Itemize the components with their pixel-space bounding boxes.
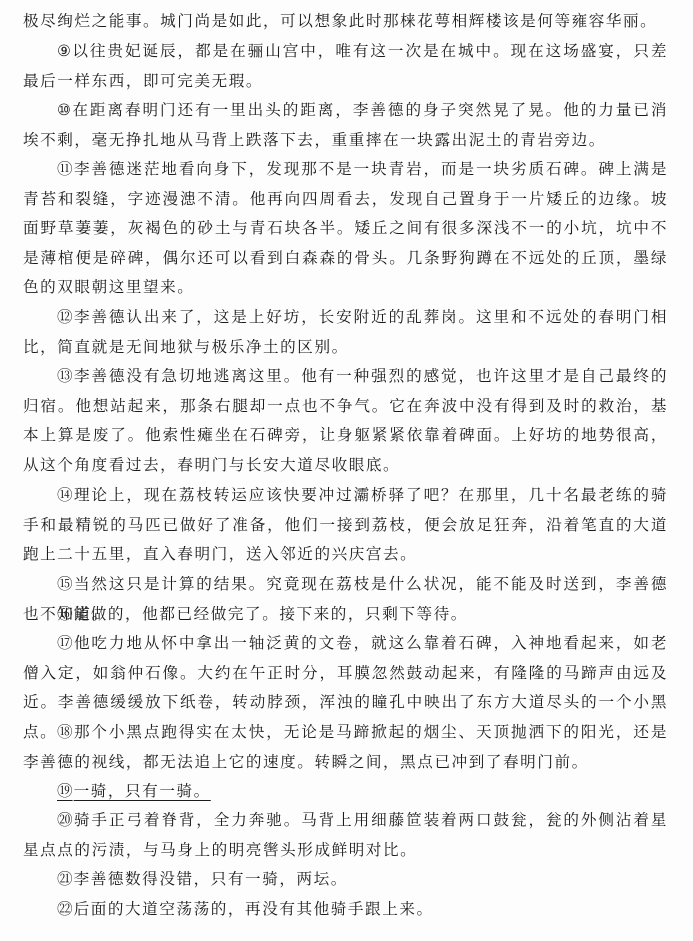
paragraph-number: ⑩: [57, 101, 71, 119]
paragraph-body: ⑨以往贵妃诞辰，都是在骊山宫中，唯有这一次是在城中。现在这场盛宴，只差最后一样东…: [23, 42, 668, 90]
paragraph: ㉑李善德数得没错，只有一骑，两坛。: [23, 865, 668, 895]
paragraph-body: ⑩在距离春明门还有一里出头的距离，李善德的身子突然晃了晃。他的力量已消埃不剩，毫…: [23, 101, 668, 149]
paragraph-number: ⑫: [57, 308, 73, 326]
paragraph-text: 李善德没有急切地逃离这里。他有一种强烈的感觉，也许这里才是自己最终的归宿。他想站…: [23, 367, 668, 474]
paragraph-number: ㉑: [57, 870, 73, 888]
paragraph-text: 理论上，现在荔枝转运应该快要冲过灞桥驿了吧？在那里，几十名最老练的骑手和最精锐的…: [23, 486, 668, 563]
paragraph-number: ⑰: [57, 634, 73, 652]
paragraph: ⑬李善德没有急切地逃离这里。他有一种强烈的感觉，也许这里才是自己最终的归宿。他想…: [23, 362, 668, 480]
paragraph-body: ⑫李善德认出来了，这是上好坊，长安附近的乱葬岗。这里和不远处的春明门相比，简直就…: [23, 308, 668, 356]
paragraph-text: 能做的，他都已经做完了。接下来的，只剩下等待。: [74, 605, 468, 623]
paragraph-text: 在距离春明门还有一里出头的距离，李善德的身子突然晃了晃。他的力量已消埃不剩，毫无…: [23, 101, 668, 149]
paragraph: ⑱那个小黑点跑得实在太快，无论是马蹄掀起的烟尘、天顶抛洒下的阳光，还是李善德的视…: [23, 718, 668, 777]
paragraph: 极尽绚烂之能事。城门尚是如此，可以想象此时那梾花萼相辉楼该是何等雍容华丽。: [23, 7, 668, 37]
paragraph-body: ⑭理论上，现在荔枝转运应该快要冲过灞桥驿了吧？在那里，几十名最老练的骑手和最精锐…: [23, 486, 668, 563]
paragraph-number: ⑮: [57, 575, 73, 593]
paragraph-number: ⑬: [57, 367, 73, 385]
paragraph-text: 骑手正弓着脊背，全力奔驰。马背上用细藤笸装着两口鼓瓮，瓮的外侧沾着星星点点的污渍…: [23, 811, 668, 859]
paragraph-number: ⑪: [57, 160, 73, 178]
paragraph-number: ⑳: [57, 811, 73, 829]
paragraph-body: ㉒后面的大道空荡荡的，再没有其他骑手跟上来。: [57, 900, 434, 918]
paragraph-text: 一骑，只有一骑。: [74, 782, 211, 800]
paragraph-body: ⑯能做的，他都已经做完了。接下来的，只剩下等待。: [57, 605, 468, 623]
paragraph: ⑲一骑，只有一骑。: [23, 777, 668, 807]
paragraph: ㉒后面的大道空荡荡的，再没有其他骑手跟上来。: [23, 895, 668, 925]
paragraph-number: ⑯: [57, 605, 73, 623]
paragraph-number: ⑨: [57, 42, 71, 60]
paragraph: ⑨以往贵妃诞辰，都是在骊山宫中，唯有这一次是在城中。现在这场盛宴，只差最后一样东…: [23, 37, 668, 96]
paragraph-text: 那个小黑点跑得实在太快，无论是马蹄掀起的烟尘、天顶抛洒下的阳光，还是李善德的视线…: [23, 723, 668, 771]
paragraph-body: ⑱那个小黑点跑得实在太快，无论是马蹄掀起的烟尘、天顶抛洒下的阳光，还是李善德的视…: [23, 723, 668, 771]
paragraph: ⑳骑手正弓着脊背，全力奔驰。马背上用细藤笸装着两口鼓瓮，瓮的外侧沾着星星点点的污…: [23, 806, 668, 865]
paragraph-body: ⑲一骑，只有一骑。: [57, 782, 211, 800]
paragraph: ⑪李善德迷茫地看向身下，发现那不是一块青岩，而是一块劣质石碑。碑上满是青苔和裂缝…: [23, 155, 668, 303]
paragraph-number: ㉒: [57, 900, 73, 918]
paragraph-text: 极尽绚烂之能事。城门尚是如此，可以想象此时那梾花萼相辉楼该是何等雍容华丽。: [23, 12, 657, 30]
paragraph-body: ㉑李善德数得没错，只有一骑，两坛。: [57, 870, 348, 888]
paragraph-body: 极尽绚烂之能事。城门尚是如此，可以想象此时那梾花萼相辉楼该是何等雍容华丽。: [23, 12, 657, 30]
paragraph-number: ⑲: [57, 782, 73, 800]
paragraph-text: 以往贵妃诞辰，都是在骊山宫中，唯有这一次是在城中。现在这场盛宴，只差最后一样东西…: [23, 42, 668, 90]
paragraph-body: ⑪李善德迷茫地看向身下，发现那不是一块青岩，而是一块劣质石碑。碑上满是青苔和裂缝…: [23, 160, 668, 296]
paragraph-body: ⑬李善德没有急切地逃离这里。他有一种强烈的感觉，也许这里才是自己最终的归宿。他想…: [23, 367, 668, 474]
paragraph-text: 后面的大道空荡荡的，再没有其他骑手跟上来。: [74, 900, 434, 918]
paragraph-text: 李善德认出来了，这是上好坊，长安附近的乱葬岗。这里和不远处的春明门相比，简直就是…: [23, 308, 668, 356]
paragraph-text: 李善德数得没错，只有一骑，两坛。: [74, 870, 348, 888]
paragraph-number: ⑭: [57, 486, 73, 504]
paragraph-body: ⑳骑手正弓着脊背，全力奔驰。马背上用细藤笸装着两口鼓瓮，瓮的外侧沾着星星点点的污…: [23, 811, 668, 859]
paragraph-text: 李善德迷茫地看向身下，发现那不是一块青岩，而是一块劣质石碑。碑上满是青苔和裂缝，…: [23, 160, 668, 296]
paragraph: ⑯能做的，他都已经做完了。接下来的，只剩下等待。: [23, 600, 668, 630]
paragraph-number: ⑱: [57, 723, 73, 741]
paragraph: ⑩在距离春明门还有一里出头的距离，李善德的身子突然晃了晃。他的力量已消埃不剩，毫…: [23, 96, 668, 155]
paragraph: ⑫李善德认出来了，这是上好坊，长安附近的乱葬岗。这里和不远处的春明门相比，简直就…: [23, 303, 668, 362]
document-page: 极尽绚烂之能事。城门尚是如此，可以想象此时那梾花萼相辉楼该是何等雍容华丽。⑨以往…: [0, 0, 693, 941]
paragraph: ⑭理论上，现在荔枝转运应该快要冲过灞桥驿了吧？在那里，几十名最老练的骑手和最精锐…: [23, 481, 668, 570]
